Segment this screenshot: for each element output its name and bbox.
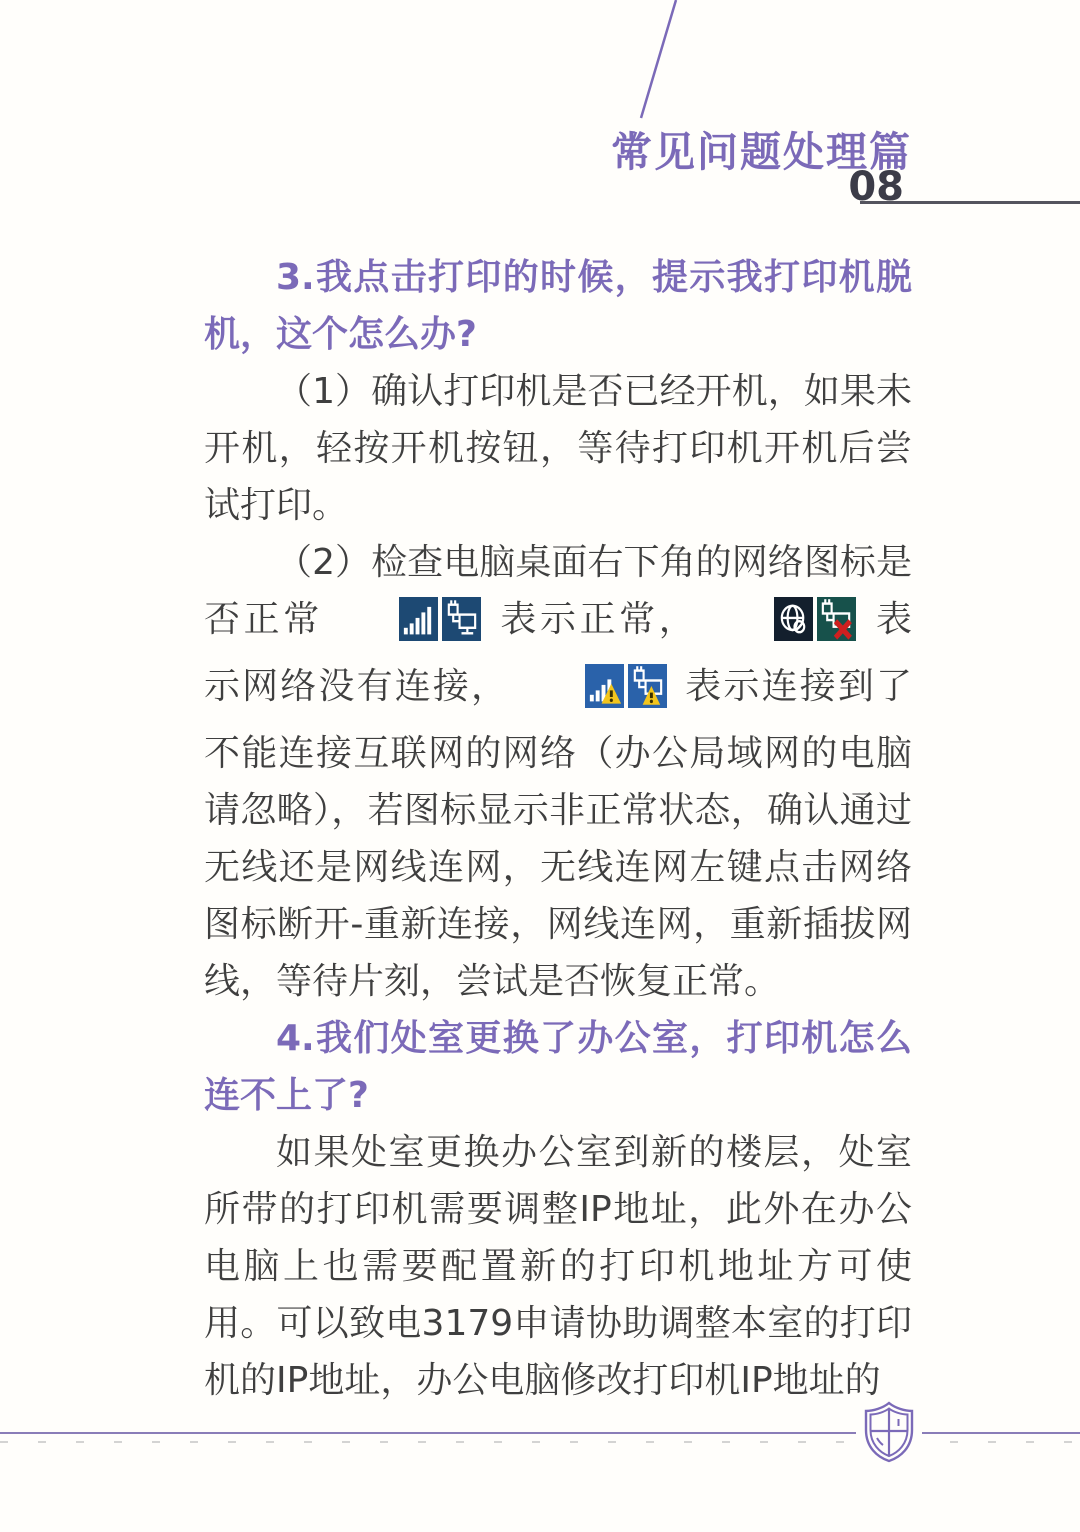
page-number-underline: [860, 201, 1080, 204]
ethernet-warning-icon: [628, 664, 667, 708]
network-disconnected-icons: [702, 597, 860, 658]
shield-logo-icon: [860, 1400, 918, 1464]
network-normal-icons: [327, 597, 485, 658]
network-limited-icons: [513, 664, 671, 725]
footer-logo: [856, 1399, 922, 1465]
wifi-warning-icon: [585, 664, 624, 708]
question-3-heading: 3.我点击打印的时候，提示我打印机脱机，这个怎么办?: [204, 249, 912, 363]
ethernet-connected-icon: [442, 597, 481, 641]
q3-answer-step-2: （2）检查电脑桌面右下角的网络图标是否正常表示正常，表示网络没有连接，表示连接到…: [204, 534, 912, 1010]
diagonal-line-decoration: [0, 0, 1080, 220]
globe-no-internet-icon: [774, 597, 813, 641]
q3-step2-normal-label: 表示正常，: [497, 599, 699, 640]
question-4-heading: 4.我们处室更换了办公室，打印机怎么连不上了?: [204, 1010, 912, 1124]
wifi-signal-icon: [399, 597, 438, 641]
q4-answer: 如果处室更换办公室到新的楼层，处室所带的打印机需要调整IP地址，此外在办公电脑上…: [204, 1124, 912, 1409]
document-page: 常见问题处理篇 08 3.我点击打印的时候，提示我打印机脱机，这个怎么办? （1…: [0, 0, 1080, 1532]
faq-content: 3.我点击打印的时候，提示我打印机脱机，这个怎么办? （1）确认打印机是否已经开…: [204, 249, 912, 1409]
ethernet-unplugged-icon: [817, 597, 856, 641]
q3-answer-step-1: （1）确认打印机是否已经开机，如果未开机，轻按开机按钮，等待打印机开机后尝试打印…: [204, 363, 912, 534]
